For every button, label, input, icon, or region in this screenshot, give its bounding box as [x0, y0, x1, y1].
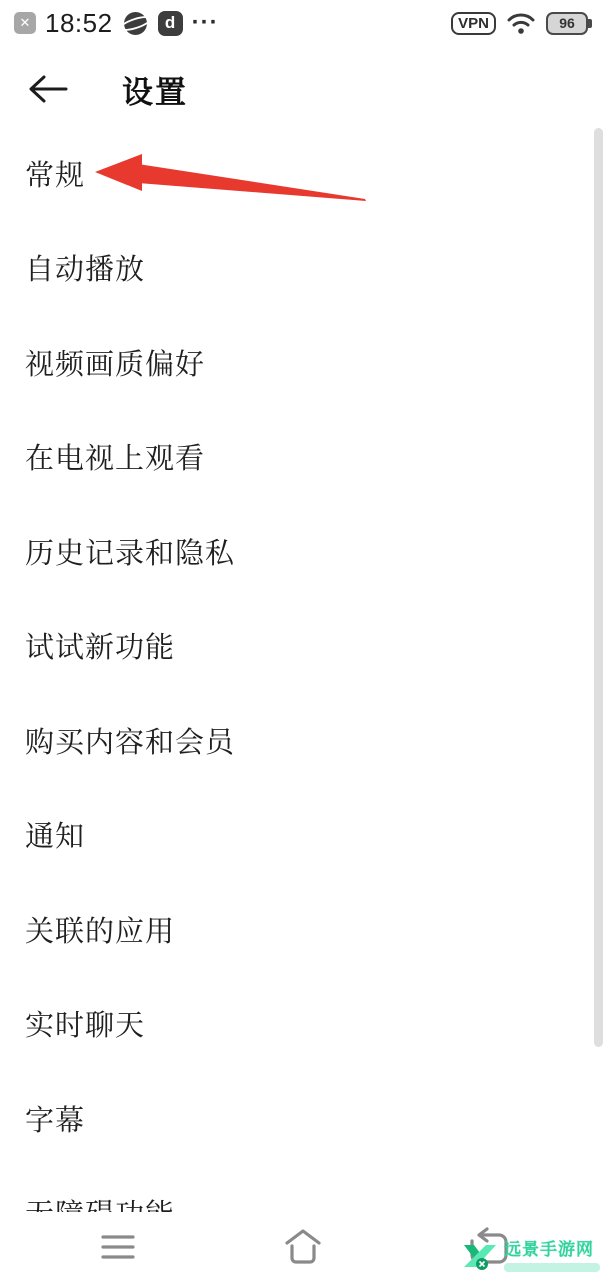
watermark-subtitle-blur: [504, 1263, 600, 1272]
battery-nub: [588, 19, 592, 28]
d-app-icon: d: [158, 11, 183, 36]
planet-browser-icon: [122, 10, 149, 37]
list-item-purchases-memberships[interactable]: 购买内容和会员: [0, 693, 606, 788]
list-item-captions[interactable]: 字幕: [0, 1071, 606, 1166]
watermark: 远景手游网: [462, 1235, 600, 1272]
list-item-notifications[interactable]: 通知: [0, 788, 606, 883]
page-title: 设置: [122, 67, 188, 112]
clock-text: 18:52: [45, 8, 113, 39]
scrollbar-thumb[interactable]: [594, 128, 603, 1047]
battery-percent: 96: [546, 12, 588, 35]
list-item-connected-apps[interactable]: 关联的应用: [0, 882, 606, 977]
header: 设置: [0, 60, 606, 118]
list-item-video-quality[interactable]: 视频画质偏好: [0, 315, 606, 410]
mute-icon: ✕: [14, 12, 36, 34]
list-item-history-privacy[interactable]: 历史记录和隐私: [0, 504, 606, 599]
back-button[interactable]: [26, 69, 74, 109]
phone-screen: ✕ 18:52 d ··· VPN 96: [0, 0, 606, 1280]
notification-overflow-dots-icon: ···: [192, 18, 219, 28]
settings-list: 常规 自动播放 视频画质偏好 在电视上观看 历史记录和隐私 试试新功能 购买内容…: [0, 126, 606, 1260]
home-button[interactable]: [280, 1224, 326, 1270]
list-item-watch-on-tv[interactable]: 在电视上观看: [0, 410, 606, 505]
list-item-try-new-features[interactable]: 试试新功能: [0, 599, 606, 694]
wifi-icon: [506, 10, 536, 36]
watermark-text: 远景手游网: [504, 1235, 600, 1272]
recents-menu-button[interactable]: [95, 1224, 141, 1270]
battery-icon: 96: [546, 12, 592, 35]
home-icon: [281, 1227, 325, 1267]
vpn-badge: VPN: [451, 12, 496, 35]
list-item-live-chat[interactable]: 实时聊天: [0, 977, 606, 1072]
status-bar-right: VPN 96: [451, 10, 592, 36]
status-bar-left: ✕ 18:52 d ···: [14, 8, 219, 39]
list-item-autoplay[interactable]: 自动播放: [0, 221, 606, 316]
watermark-title: 远景手游网: [504, 1235, 600, 1260]
back-arrow-icon: [26, 72, 70, 106]
hamburger-menu-icon: [98, 1231, 138, 1263]
status-bar: ✕ 18:52 d ··· VPN 96: [0, 0, 606, 46]
watermark-logo-icon: [462, 1237, 498, 1271]
list-item-general[interactable]: 常规: [0, 126, 606, 221]
